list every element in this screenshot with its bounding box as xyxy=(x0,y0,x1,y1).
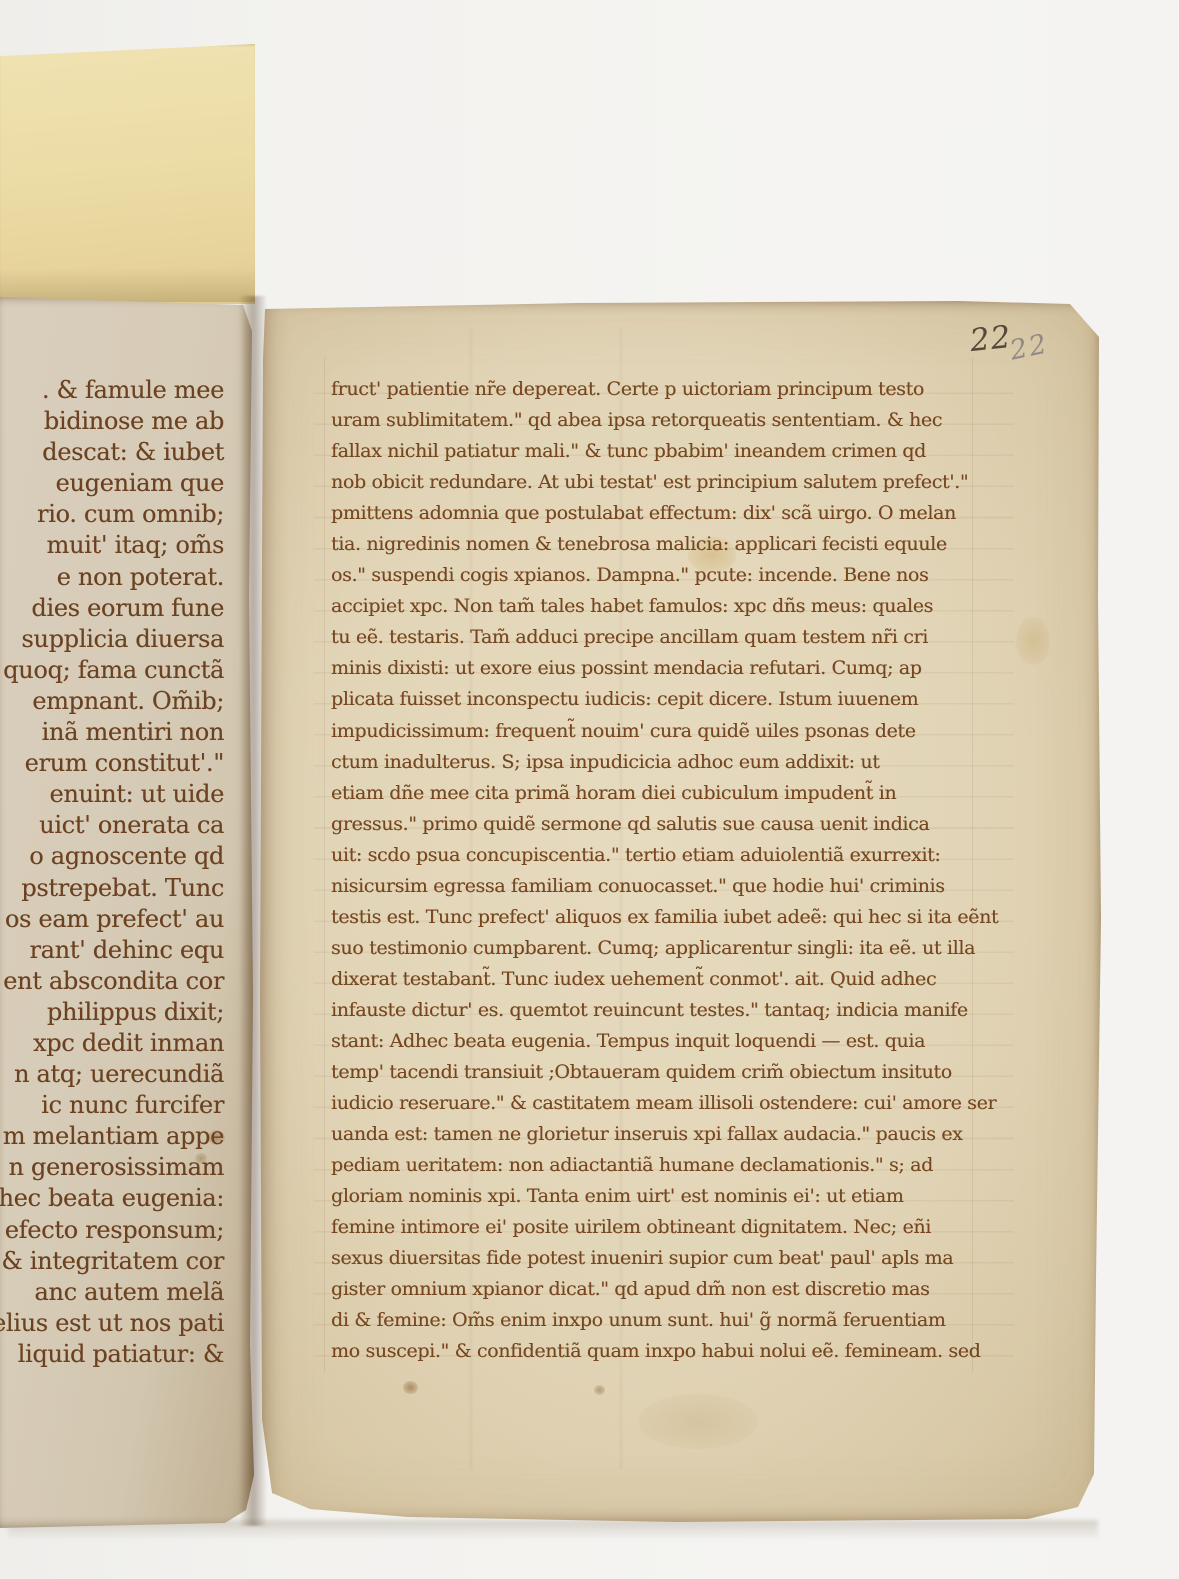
folio-number-ink: 22 xyxy=(968,319,1013,359)
text-line: m melantiam appe xyxy=(0,1121,228,1152)
text-line: sexus diuersitas fide potest inueniri su… xyxy=(331,1243,1031,1274)
text-line: philippus dixit; xyxy=(0,997,228,1028)
text-line: di & femine: Om̃s enim inxpo unum sunt. … xyxy=(331,1305,1031,1336)
stain xyxy=(638,1394,758,1449)
text-line: e non poterat. xyxy=(0,562,228,593)
text-line: temp' tacendi transiuit ;Obtaueram quide… xyxy=(331,1057,1031,1088)
flyleaf-sheet xyxy=(0,44,255,304)
margin-rule-left xyxy=(324,357,325,1372)
text-line: anc autem melã xyxy=(0,1277,228,1308)
folio-number-pencil: 22 xyxy=(1007,328,1051,366)
text-line: fruct' patientie nr̃e depereat. Certe p … xyxy=(331,374,1031,405)
text-line: ic nunc furcifer xyxy=(0,1090,228,1121)
text-line: empnant. Om̃ib; xyxy=(0,686,228,717)
text-line: dies eorum fune xyxy=(0,593,228,624)
text-line: tu eẽ. testaris. Tam̃ adduci precipe anc… xyxy=(331,622,1031,653)
text-line: gloriam nominis xpi. Tanta enim uirt' es… xyxy=(331,1181,1031,1212)
text-line: n atq; uerecundiã xyxy=(0,1059,228,1090)
text-line: xpc dedit inman xyxy=(0,1028,228,1059)
text-line: infauste dictur' es. quemtot reuincunt t… xyxy=(331,995,1031,1026)
stain xyxy=(403,1381,418,1394)
text-line: etiam dñe mee cita primã horam diei cubi… xyxy=(331,778,1031,809)
text-line: pediam ueritatem: non adiactantiã humane… xyxy=(331,1150,1031,1181)
text-line: bidinose me ab xyxy=(0,406,228,437)
text-line: dixerat testabant̃. Tunc iudex uehement̃… xyxy=(331,964,1031,995)
text-line: stant: Adhec beata eugenia. Tempus inqui… xyxy=(331,1026,1031,1057)
text-line: eugeniam que xyxy=(0,468,228,499)
text-line: nob obicit redundare. At ubi testat' est… xyxy=(331,467,1031,498)
text-line: minis dixisti: ut exore eius possint men… xyxy=(331,653,1031,684)
text-line: rant' dehinc equ xyxy=(0,935,228,966)
text-line: enuint: ut uide xyxy=(0,779,228,810)
text-line: uit: scdo psua concupiscentia." tertio e… xyxy=(331,840,1031,871)
text-line: plicata fuisset inconspectu iudicis: cep… xyxy=(331,684,1031,715)
text-line: rio. cum omnib; xyxy=(0,499,228,530)
text-line: os." suspendi cogis xpianos. Dampna." pc… xyxy=(331,560,1031,591)
text-line: liquid patiatur: & xyxy=(0,1339,228,1370)
text-line: ctum inadulterus. S; ipsa inpudicicia ad… xyxy=(331,747,1031,778)
text-line: pstrepebat. Tunc xyxy=(0,873,228,904)
text-line: inã mentiri non xyxy=(0,717,228,748)
text-line: os eam prefect' au xyxy=(0,904,228,935)
left-page-text-column: . & famule meebidinose me abdescat: & iu… xyxy=(0,375,228,1380)
manuscript-left-page: . & famule meebidinose me abdescat: & iu… xyxy=(0,295,257,1528)
text-line: o agnoscente qd xyxy=(0,841,228,872)
manuscript-photograph: { "colors": { "background": "#f3f2ef", "… xyxy=(0,0,1179,1579)
text-line: uanda est: tamen ne glorietur inseruis x… xyxy=(331,1119,1031,1150)
stain xyxy=(594,1385,605,1395)
text-line: quoq; fama cunctã xyxy=(0,655,228,686)
text-line: uict' onerata ca xyxy=(0,810,228,841)
text-line: uram sublimitatem." qd abea ipsa retorqu… xyxy=(331,405,1031,436)
text-line: ent abscondita cor xyxy=(0,966,228,997)
text-line: suo testimonio cumpbarent. Cumq; applica… xyxy=(331,933,1031,964)
text-line: n generosissimam xyxy=(0,1152,228,1183)
text-line: iudicio reseruare." & castitatem meam il… xyxy=(331,1088,1031,1119)
text-line: impudicissimum: frequent̃ nouim' cura qu… xyxy=(331,716,1031,747)
text-line: efecto responsum; xyxy=(0,1215,228,1246)
text-line: supplicia diuersa xyxy=(0,624,228,655)
text-line: elius est ut nos pati xyxy=(0,1308,228,1339)
text-line: femine intimore ei' posite uirilem obtin… xyxy=(331,1212,1031,1243)
text-line: accipiet xpc. Non tam̃ tales habet famul… xyxy=(331,591,1031,622)
text-line: . & famule mee xyxy=(0,375,228,406)
text-line: muit' itaq; om̃s xyxy=(0,530,228,561)
text-line: tia. nigredinis nomen & tenebrosa malici… xyxy=(331,529,1031,560)
text-line: nisicursim egressa familiam conuocasset.… xyxy=(331,871,1031,902)
text-line: gressus." primo quidẽ sermone qd salutis… xyxy=(331,809,1031,840)
text-line: : & integritatem cor xyxy=(0,1246,228,1277)
text-line: erum constitut'." xyxy=(0,748,228,779)
right-page-text-column: fruct' patientie nr̃e depereat. Certe p … xyxy=(331,374,1031,1368)
text-line: testis est. Tunc prefect' aliquos ex fam… xyxy=(331,902,1031,933)
text-line: mo suscepi." & confidentiã quam inxpo ha… xyxy=(331,1336,1031,1367)
text-line: pmittens adomnia que postulabat effectum… xyxy=(331,498,1031,529)
manuscript-right-page: 22 22 fruct' patientie nr̃e depereat. Ce… xyxy=(258,299,1102,1524)
flyleaf-shadow xyxy=(0,268,255,302)
text-line: fallax nichil patiatur mali." & tunc pba… xyxy=(331,436,1031,467)
text-line: gister omnium xpianor dicat." qd apud dm… xyxy=(331,1274,1031,1305)
text-line: descat: & iubet xyxy=(0,437,228,468)
text-line: hec beata eugenia: xyxy=(0,1183,228,1214)
